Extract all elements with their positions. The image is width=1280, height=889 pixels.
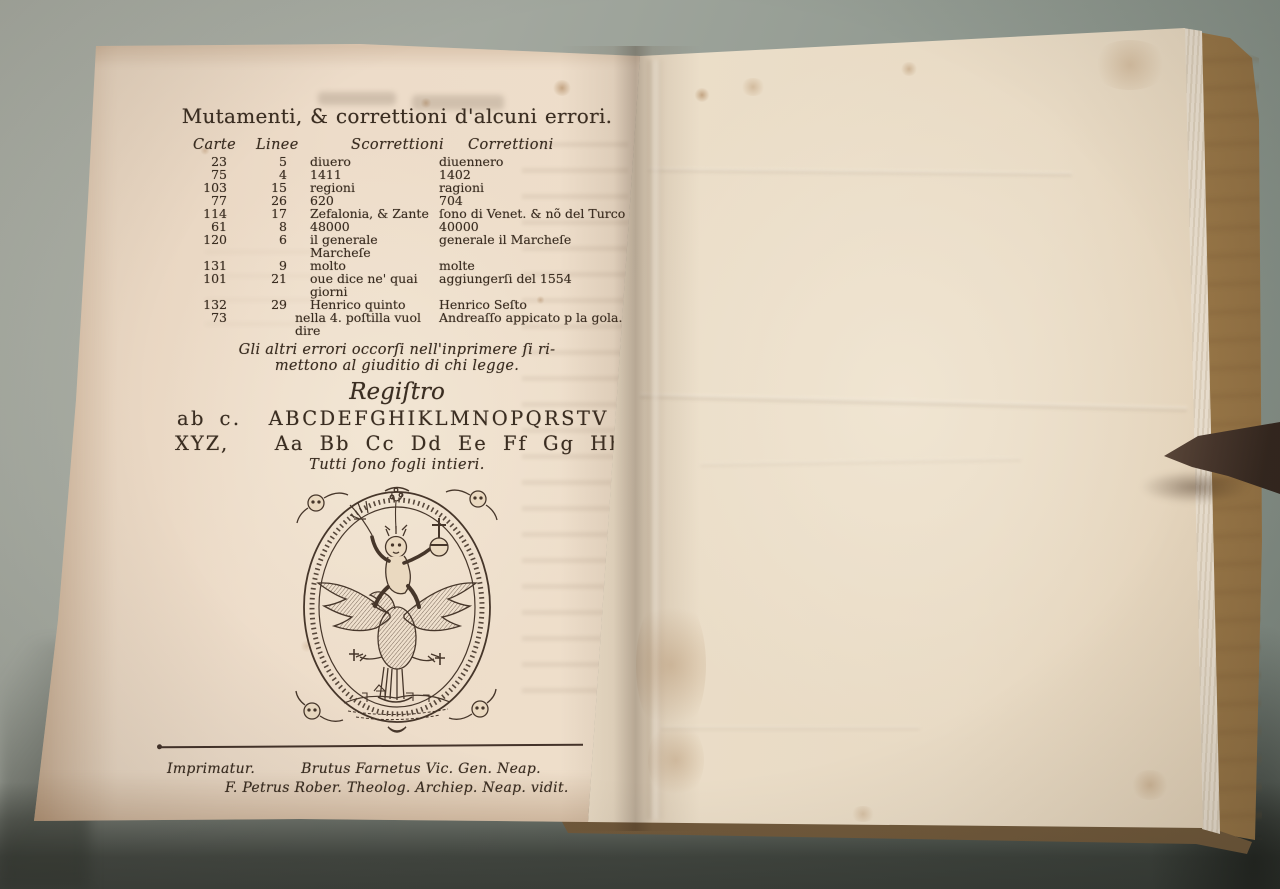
stain <box>1090 40 1170 90</box>
putto-riding-eagle-woodcut-icon <box>292 483 502 735</box>
cell-linee: 6 <box>231 233 289 259</box>
cherub-head-icon <box>297 493 348 523</box>
cell-scorrettione: oue dice ne' quai giorni <box>289 272 439 298</box>
cell-linee: 29 <box>231 298 289 311</box>
imprimatur-label: Imprimatur. <box>163 761 255 777</box>
cell-carte: 120 <box>163 233 231 259</box>
stain <box>900 62 918 76</box>
cell-linee: 21 <box>231 272 289 298</box>
horizontal-rule <box>159 744 583 749</box>
cell-carte: 73 <box>163 311 231 337</box>
book-gutter-shadow <box>560 46 700 831</box>
cell-scorrettione: il generale Marcheſe <box>289 233 439 259</box>
cell-note: nella 4. poſtilla vuol dire <box>231 311 439 337</box>
photo-of-open-book: Mutamenti, & correttioni d'alcuni errori… <box>0 0 1280 889</box>
cell-carte: 101 <box>163 272 231 298</box>
column-header-scorrettioni: Scorrettioni <box>289 136 439 155</box>
page-crease <box>648 168 1072 176</box>
column-header-carte: Carte <box>163 136 231 155</box>
cherub-head-icon <box>296 691 343 721</box>
page-crease <box>640 393 1187 411</box>
imprimatur-authority: Brutus Farnetus Vic. Gen. Neap. <box>255 761 541 777</box>
stain <box>1130 770 1170 800</box>
cherub-head-icon <box>449 689 496 719</box>
stain <box>740 78 766 96</box>
page-crease <box>700 457 1021 467</box>
stain <box>850 806 876 822</box>
column-header-linee: Linee <box>231 136 289 155</box>
